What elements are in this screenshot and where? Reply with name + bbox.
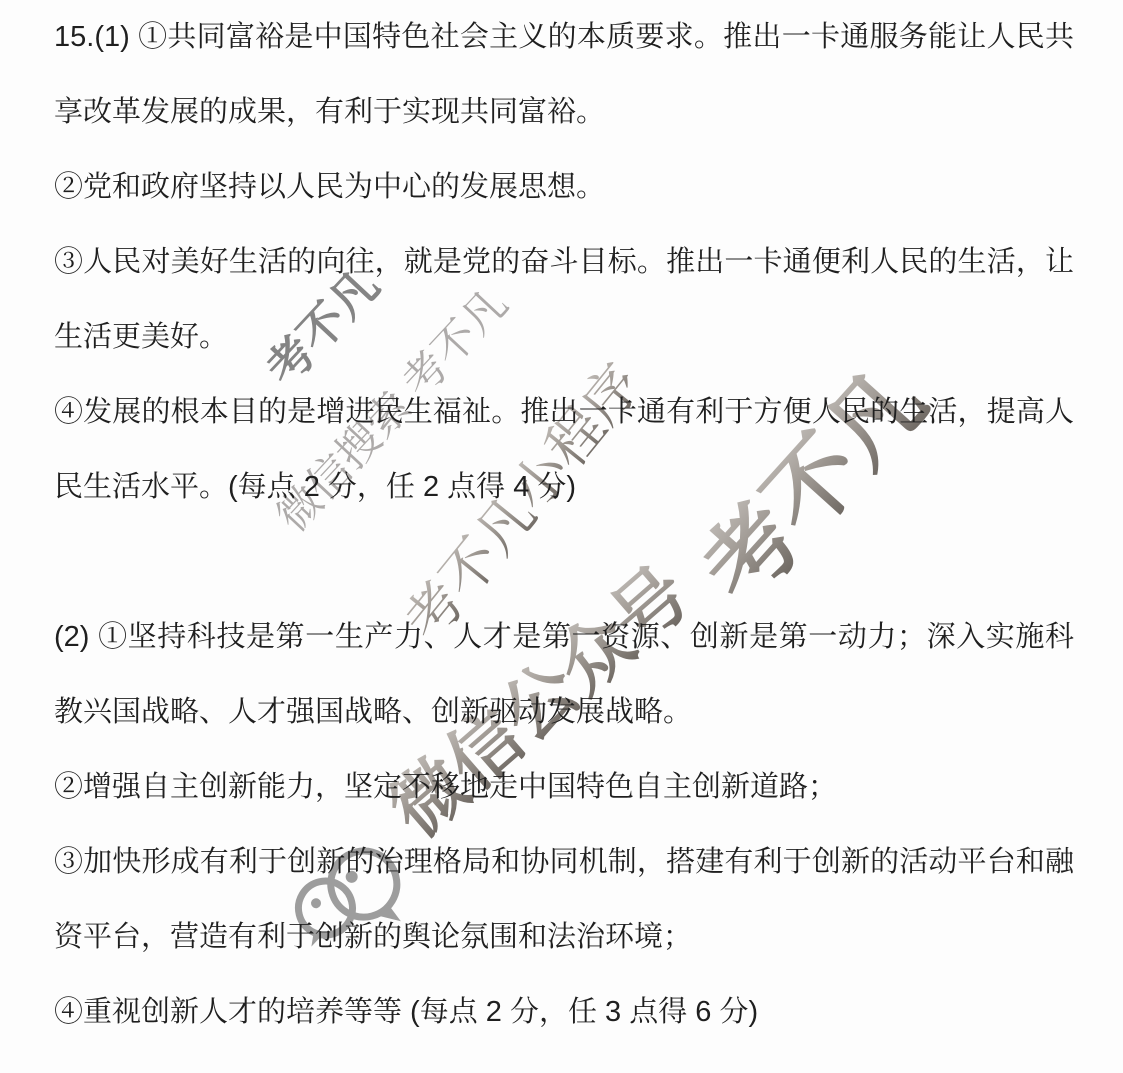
answer-line-5: 生活更美好。 xyxy=(54,300,1074,375)
answer-line-4: ③人民对美好生活的向往，就是党的奋斗目标。推出一卡通便利人民的生活，让 xyxy=(54,225,1074,300)
answer-line-12: 资平台，营造有利于创新的舆论氛围和法治环境； xyxy=(54,900,1074,975)
document-page: 考不凡 微信搜索 考不凡 考不凡小程序 微信公众号 考不凡 15.(1) ①共同… xyxy=(0,0,1123,1073)
answer-line-8: (2) ①坚持科技是第一生产力、人才是第一资源、创新是第一动力；深入实施科 xyxy=(54,600,1074,675)
answer-line-2: 享改革发展的成果，有利于实现共同富裕。 xyxy=(54,75,1074,150)
answer-line-11: ③加快形成有利于创新的治理格局和协同机制，搭建有利于创新的活动平台和融 xyxy=(54,825,1074,900)
answer-line-10: ②增强自主创新能力，坚定不移地走中国特色自主创新道路； xyxy=(54,750,1074,825)
answer-line-3: ②党和政府坚持以人民为中心的发展思想。 xyxy=(54,150,1074,225)
answer-line-1: 15.(1) ①共同富裕是中国特色社会主义的本质要求。推出一卡通服务能让人民共 xyxy=(54,0,1074,75)
answer-line-13: ④重视创新人才的培养等等 (每点 2 分，任 3 点得 6 分) xyxy=(54,975,1074,1050)
section-gap xyxy=(54,525,1074,600)
answer-text: 15.(1) ①共同富裕是中国特色社会主义的本质要求。推出一卡通服务能让人民共 … xyxy=(54,0,1074,1050)
answer-line-6: ④发展的根本目的是增进民生福祉。推出一卡通有利于方便人民的生活，提高人 xyxy=(54,375,1074,450)
answer-line-7: 民生活水平。(每点 2 分，任 2 点得 4 分) xyxy=(54,450,1074,525)
answer-line-9: 教兴国战略、人才强国战略、创新驱动发展战略。 xyxy=(54,675,1074,750)
